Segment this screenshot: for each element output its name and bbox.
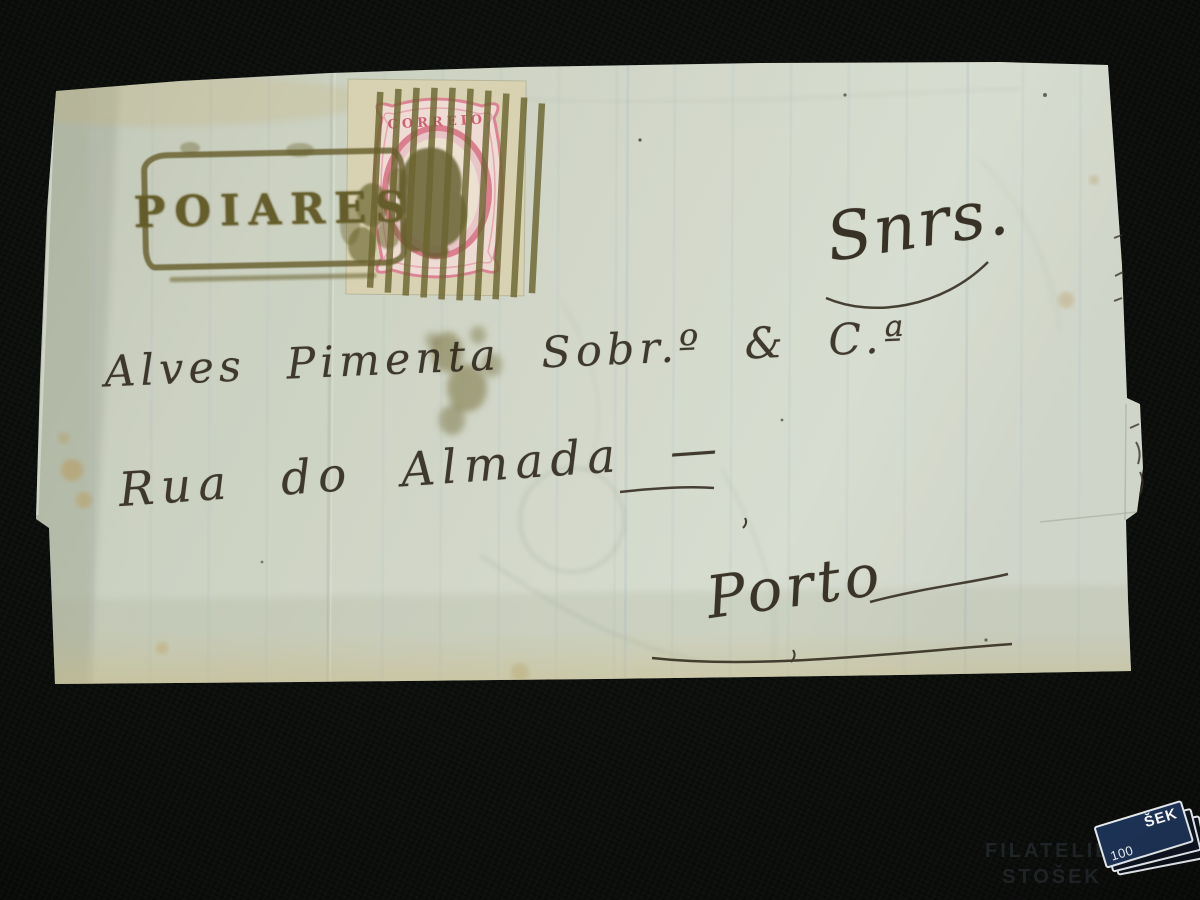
watermark-line2: STOŠEK <box>1002 866 1102 889</box>
postmark-poiares: POIARES <box>141 147 407 271</box>
photo-frame: CORREIO <box>0 0 1200 900</box>
watermark-line1: FILATELIE <box>985 840 1112 863</box>
logo-100-label: 100 <box>1109 842 1136 863</box>
logo-sek-label: ŠEK <box>1142 805 1179 831</box>
postmark-text: POIARES <box>133 182 415 237</box>
